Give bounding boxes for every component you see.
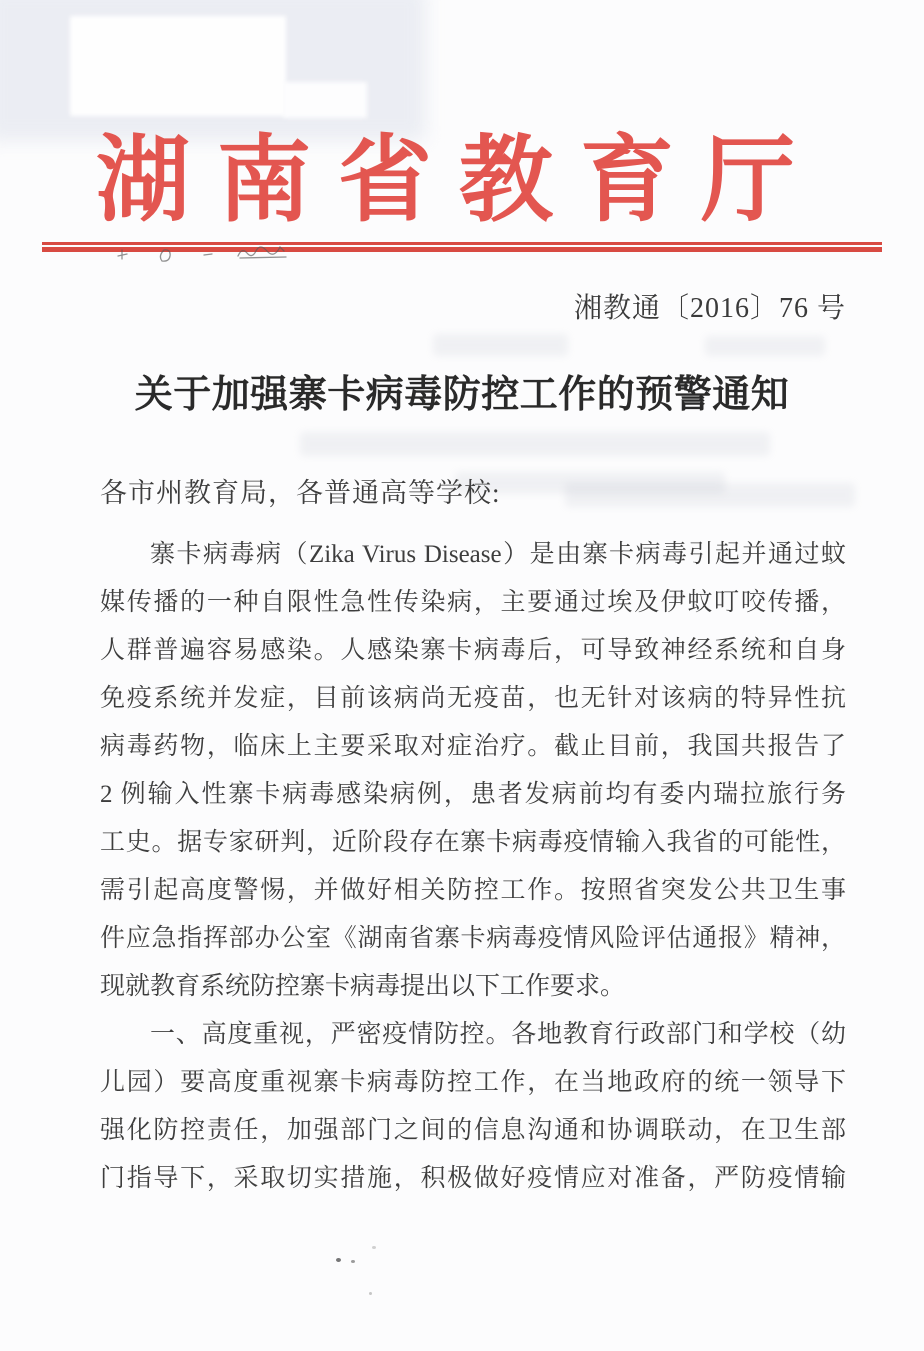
handwriting-artifact — [112, 241, 307, 265]
bleed-through-artifact — [705, 336, 825, 356]
ink-speck — [351, 1260, 355, 1263]
ink-speck — [369, 1292, 372, 1295]
body-line: 寨卡病毒病（Zika Virus Disease）是由寨卡病毒引起并通过蚊 — [100, 531, 846, 579]
letterhead-title: 湖南省教育厅 — [96, 126, 822, 236]
body-line: 儿园）要高度重视寨卡病毒防控工作，在当地政府的统一领导下 — [100, 1059, 846, 1107]
body-line: 门指导下，采取切实措施，积极做好疫情应对准备，严防疫情输 — [100, 1155, 846, 1203]
document-number: 湘教通〔2016〕76 号 — [574, 286, 846, 326]
body-line: 2 例输入性寨卡病毒感染病例，患者发病前均有委内瑞拉旅行务 — [100, 771, 846, 819]
body-text: 寨卡病毒病（Zika Virus Disease）是由寨卡病毒引起并通过蚊 媒传… — [100, 531, 846, 1203]
salutation: 各市州教育局，各普通高等学校: — [100, 476, 501, 510]
body-line: 件应急指挥部办公室《湖南省寨卡病毒疫情风险评估通报》精神， — [100, 915, 846, 963]
body-line: 媒传播的一种自限性急性传染病，主要通过埃及伊蚊叮咬传播， — [100, 579, 846, 627]
body-line: 一、高度重视，严密疫情防控。各地教育行政部门和学校（幼 — [100, 1011, 846, 1059]
bleed-through-artifact — [433, 334, 568, 356]
body-line: 需引起高度警惕，并做好相关防控工作。按照省突发公共卫生事 — [100, 867, 846, 915]
scan-white-patch — [70, 16, 286, 116]
ink-speck — [372, 1246, 376, 1249]
ink-speck — [336, 1258, 341, 1262]
scan-white-patch-small — [283, 82, 367, 118]
body-line: 人群普遍容易感染。人感染寨卡病毒后，可导致神经系统和自身 — [100, 627, 846, 675]
body-line: 现就教育系统防控寨卡病毒提出以下工作要求。 — [100, 963, 846, 1011]
body-line: 病毒药物，临床上主要采取对症治疗。截止目前，我国共报告了 — [100, 723, 846, 771]
scanned-document-page: 湖南省教育厅 湘教通〔2016〕76 号 关于加强寨卡病毒防控工作的预警通知 各… — [0, 0, 924, 1351]
body-line: 强化防控责任，加强部门之间的信息沟通和协调联动，在卫生部 — [100, 1107, 846, 1155]
bleed-through-artifact — [565, 483, 855, 507]
bleed-through-artifact — [300, 432, 770, 456]
document-title: 关于加强寨卡病毒防控工作的预警通知 — [0, 372, 924, 418]
body-line: 工史。据专家研判，近阶段存在寨卡病毒疫情输入我省的可能性， — [100, 819, 846, 867]
body-line: 免疫系统并发症，目前该病尚无疫苗，也无针对该病的特异性抗 — [100, 675, 846, 723]
